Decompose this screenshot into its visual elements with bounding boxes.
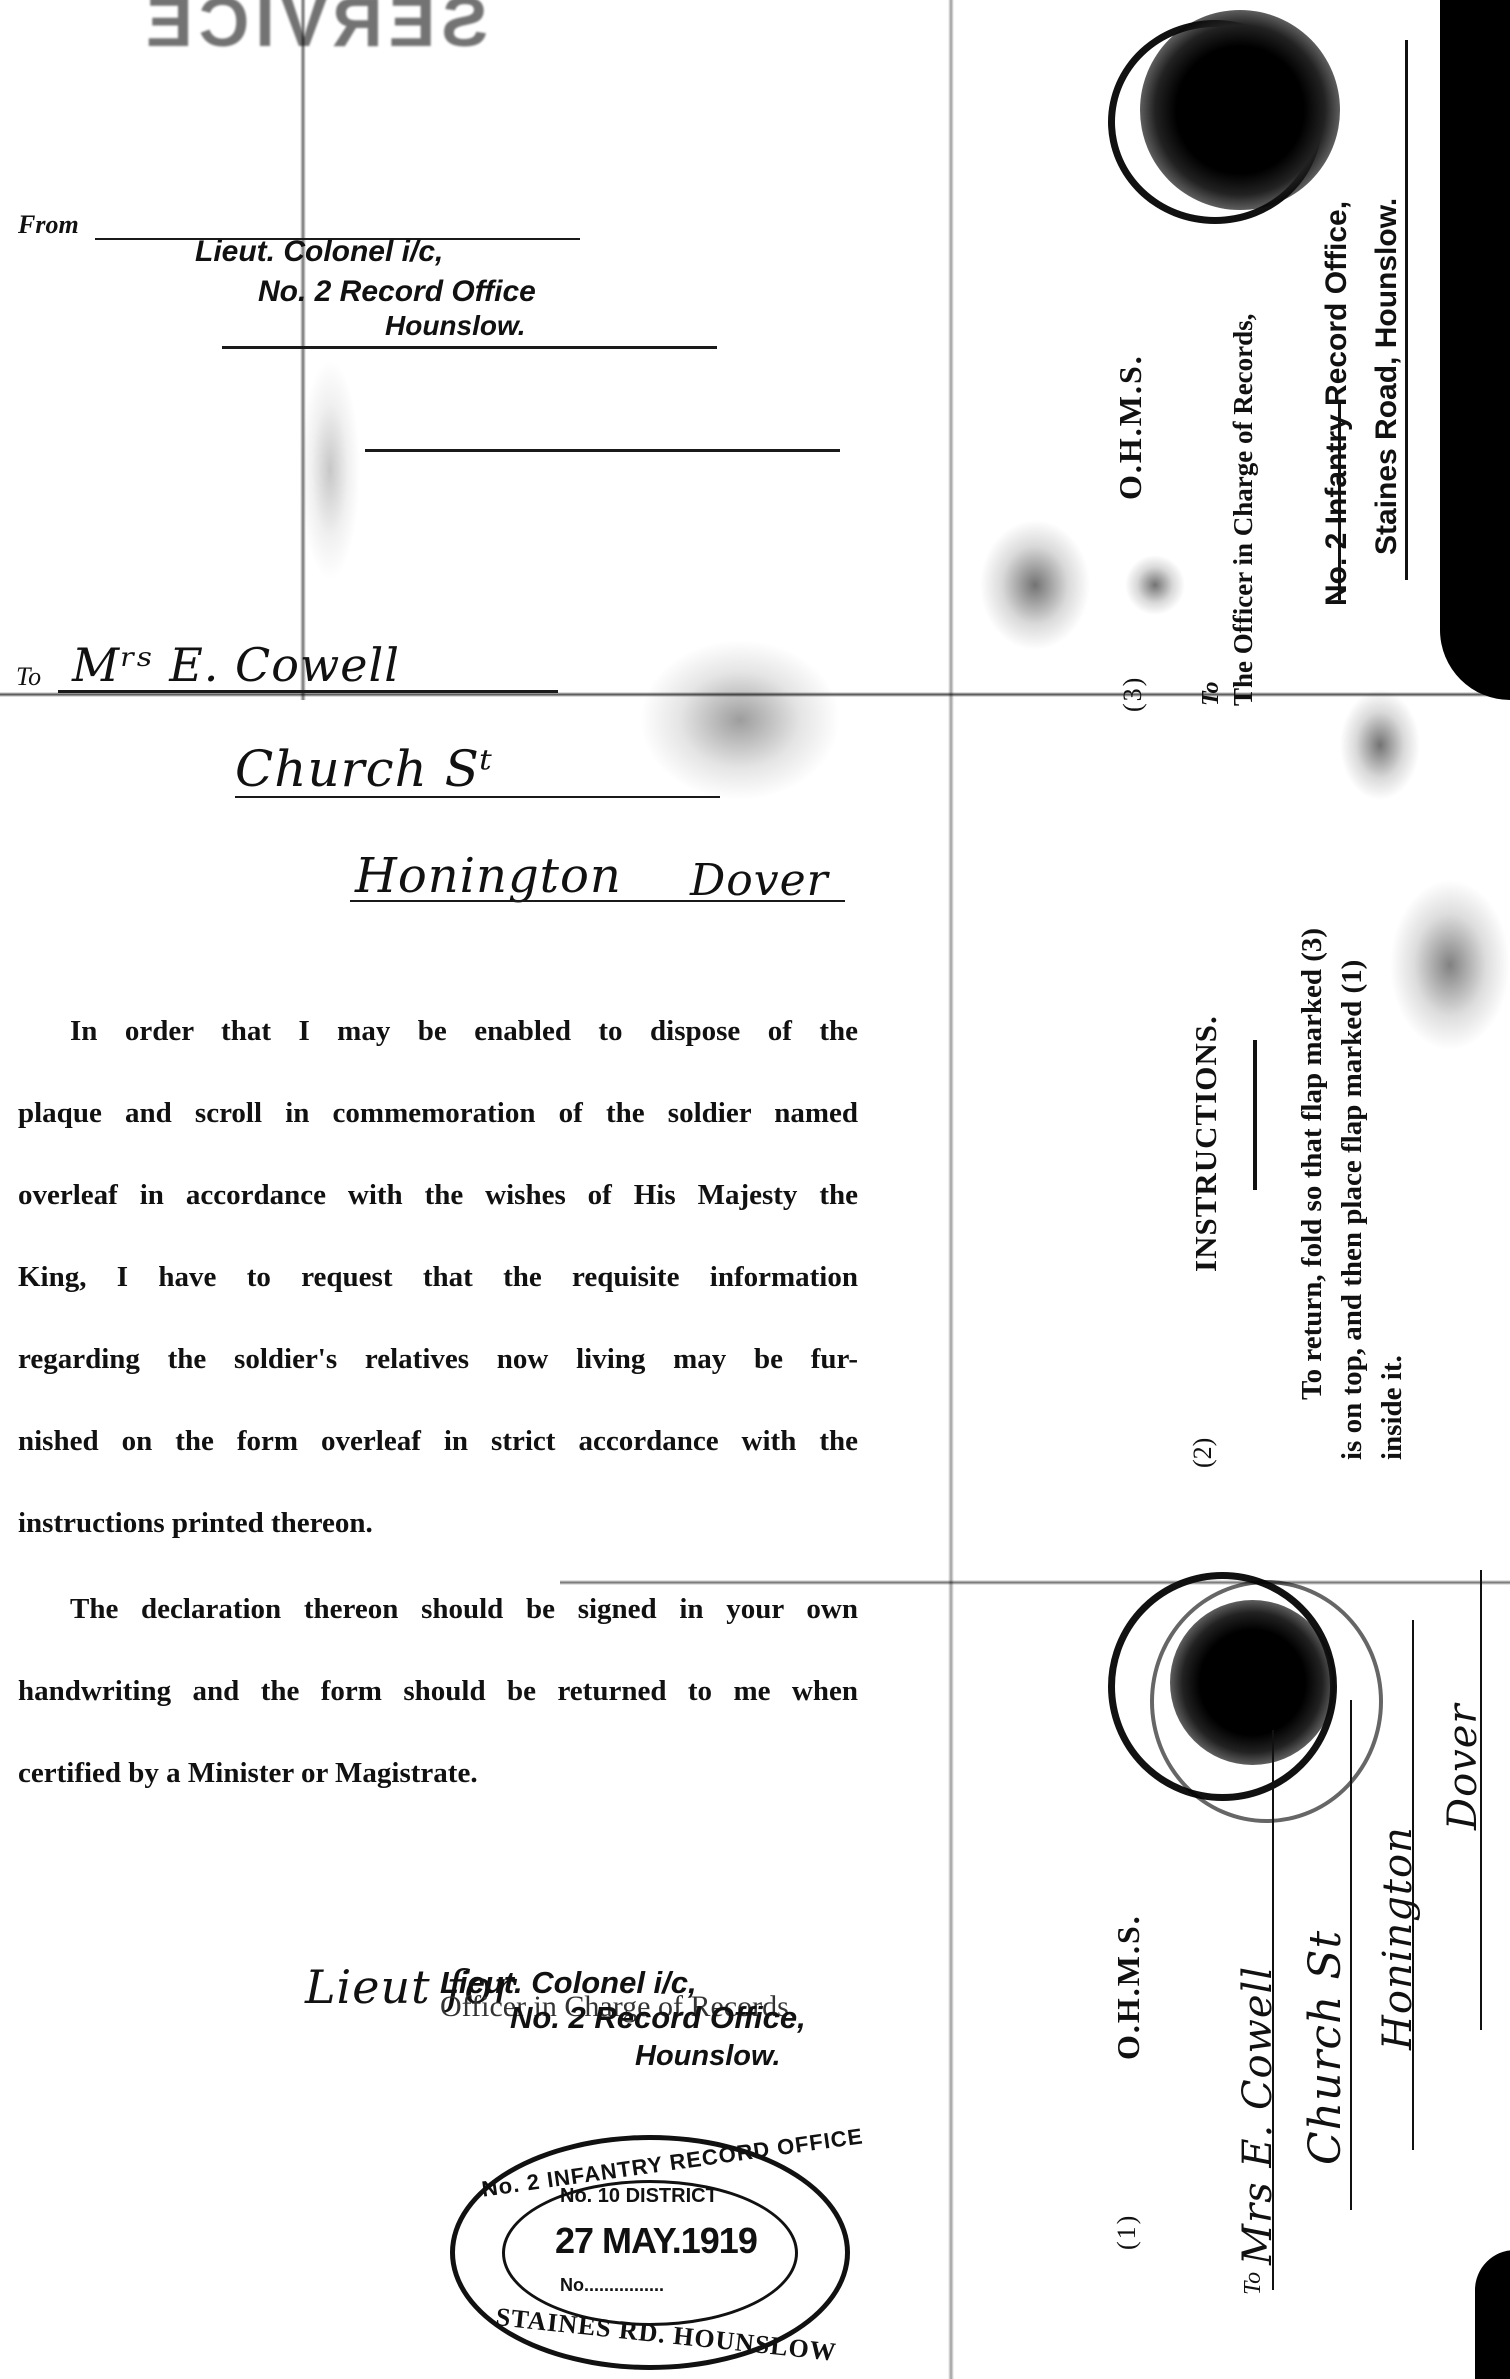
flap-3-address-rule	[1405, 40, 1408, 580]
ink-blot	[1125, 555, 1185, 615]
addressee-name: Mʳˢ E. Cowell	[72, 638, 400, 692]
from-sender-line-3: Hounslow.	[385, 310, 526, 342]
flap-1-to-label: To	[1240, 2272, 1267, 2295]
addressee-town: Honington	[355, 848, 622, 904]
flap-3-marker: (3)	[1118, 676, 1148, 712]
body-paragraph-1: In order that I may be enabled to dispos…	[18, 990, 858, 1564]
body-line: handwriting and the form should be retur…	[18, 1650, 858, 1732]
flap-1-address-name: Mrs E. Cowell	[1235, 1966, 1281, 2265]
to-underline-2	[235, 796, 720, 798]
date-stamp-number: No................	[560, 2275, 664, 2296]
flap-1-marker: (1)	[1112, 2214, 1142, 2250]
official-paid-seal-bottom-ring	[1150, 1580, 1383, 1823]
scan-edge-shadow	[1440, 0, 1510, 700]
flap-3-to-label: To	[1198, 682, 1225, 706]
body-line: King, I have to request that the requisi…	[18, 1236, 858, 1318]
date-stamp-date: 27 MAY.1919	[555, 2220, 757, 2262]
body-line: instructions printed thereon.	[18, 1482, 858, 1564]
body-line: regarding the soldier's relatives now li…	[18, 1318, 858, 1400]
flap-2-heading: INSTRUCTIONS.	[1188, 1015, 1224, 1272]
flap-3-address-line-1: The Officer in Charge of Records,	[1228, 314, 1259, 706]
ink-blot	[640, 640, 840, 800]
overstamp-line-2: No. 2 Record Office,	[510, 2000, 806, 2036]
flap-3-address-line-3: Staines Road, Hounslow.	[1370, 198, 1404, 555]
from-sender-line-1: Lieut. Colonel i/c,	[195, 235, 443, 269]
addressee-county: Dover	[690, 855, 829, 906]
from-label: From	[18, 210, 79, 240]
from-sender-line-2: No. 2 Record Office	[258, 275, 536, 309]
flap-1-address-rule-4	[1480, 1570, 1482, 2030]
flap-1-address-street: Church St	[1300, 1930, 1351, 2165]
flap-1-address-rule-2	[1350, 1700, 1352, 2210]
flap-1-address-town: Honington	[1375, 1826, 1421, 2050]
from-address-rule	[365, 449, 840, 452]
fold-line-vertical-mid	[948, 0, 954, 2379]
body-line: overleaf in accordance with the wishes o…	[18, 1154, 858, 1236]
body-line: The declaration thereon should be signed…	[18, 1568, 858, 1650]
flap-1-address-rule-3	[1412, 1620, 1414, 2150]
overstamp-line-1: Lieut. Colonel i/c,	[440, 1965, 697, 2001]
date-stamp-district: No. 10 DISTRICT	[560, 2185, 718, 2208]
flap-1-address-rule-1	[1272, 1730, 1274, 2290]
from-address-rule	[222, 346, 717, 349]
body-line: plaque and scroll in commemoration of th…	[18, 1072, 858, 1154]
body-line: certified by a Minister or Magistrate.	[18, 1732, 858, 1814]
fold-line-vertical-left	[300, 0, 306, 700]
flap-3-ohms: O.H.M.S.	[1112, 354, 1149, 500]
flap-2-instruction-line-2: is on top, and then place flap marked (1…	[1336, 960, 1369, 1460]
scan-edge-shadow	[1475, 2250, 1510, 2379]
body-line: nished on the form overleaf in strict ac…	[18, 1400, 858, 1482]
ink-blot	[1390, 880, 1510, 1050]
flap-3-address-strike	[1338, 400, 1341, 600]
to-label: To	[16, 662, 41, 692]
ink-blot	[980, 520, 1090, 650]
flap-1-ohms: O.H.M.S.	[1110, 1914, 1147, 2060]
to-underline-3	[350, 900, 845, 902]
instructions-divider	[1253, 1040, 1257, 1190]
addressee-street: Church Sᵗ	[235, 740, 493, 798]
body-paragraph-2: The declaration thereon should be signed…	[18, 1568, 858, 1814]
flap-2-instruction-line-3: inside it.	[1376, 1355, 1409, 1460]
official-paid-seal-top-fill	[1140, 10, 1340, 210]
flap-2-instruction-line-1: To return, fold so that flap marked (3)	[1296, 928, 1329, 1400]
flap-3-address-line-2: No. 2 Infantry Record Office,	[1320, 201, 1354, 606]
ink-blot	[1340, 690, 1420, 800]
body-line: In order that I may be enabled to dispos…	[18, 990, 858, 1072]
ink-blot	[300, 360, 360, 580]
reverse-side-bleedthrough: SERVICE	[140, 0, 488, 62]
flap-2-marker: (2)	[1188, 1438, 1218, 1468]
overstamp-line-3: Hounslow.	[635, 2040, 781, 2073]
